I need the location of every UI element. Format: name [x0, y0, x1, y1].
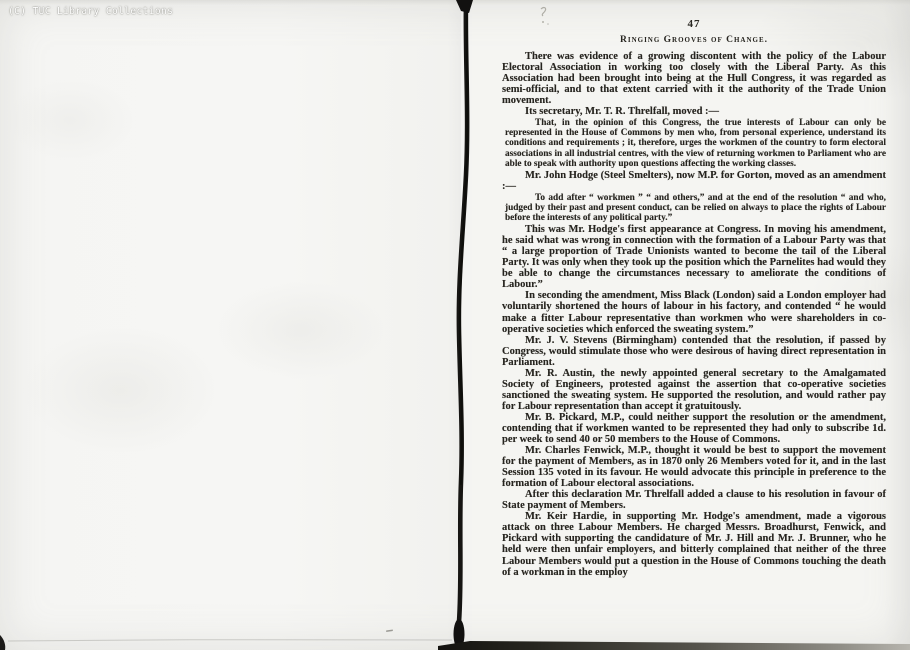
book-scan: 47 Ringing Grooves of Change. There was …: [0, 0, 910, 650]
paragraph: Mr. Charles Fenwick, M.P., thought it wo…: [502, 445, 886, 489]
watermark-text: (C) TUC Library Collections: [8, 6, 173, 17]
paragraph: Mr. B. Pickard, M.P., could neither supp…: [502, 412, 886, 445]
text-column: There was evidence of a growing disconte…: [502, 51, 886, 578]
right-page: 47 Ringing Grooves of Change. There was …: [472, 0, 910, 650]
paragraph: Its secretary, Mr. T. R. Threlfall, move…: [502, 106, 886, 117]
block-quote: That, in the opinion of this Congress, t…: [505, 118, 886, 168]
paragraph: Mr. R. Austin, the newly appointed gener…: [502, 368, 886, 412]
paragraph: This was Mr. Hodge's first appearance at…: [502, 224, 886, 290]
paragraph: In seconding the amendment, Miss Black (…: [502, 290, 886, 334]
block-quote: To add after “ workmen ” “ and others,” …: [505, 193, 886, 223]
paragraph: Mr. J. V. Stevens (Birmingham) contended…: [502, 335, 886, 368]
paragraph: After this declaration Mr. Threlfall add…: [502, 489, 886, 511]
paragraph: Mr. Keir Hardie, in supporting Mr. Hodge…: [502, 511, 886, 577]
text-block: 47 Ringing Grooves of Change. There was …: [502, 0, 886, 578]
paragraph: There was evidence of a growing disconte…: [502, 51, 886, 106]
left-page-blank: [0, 0, 461, 650]
page-number: 47: [502, 18, 886, 30]
paragraph: Mr. John Hodge (Steel Smelters), now M.P…: [502, 170, 886, 192]
chapter-heading: Ringing Grooves of Change.: [502, 35, 886, 45]
